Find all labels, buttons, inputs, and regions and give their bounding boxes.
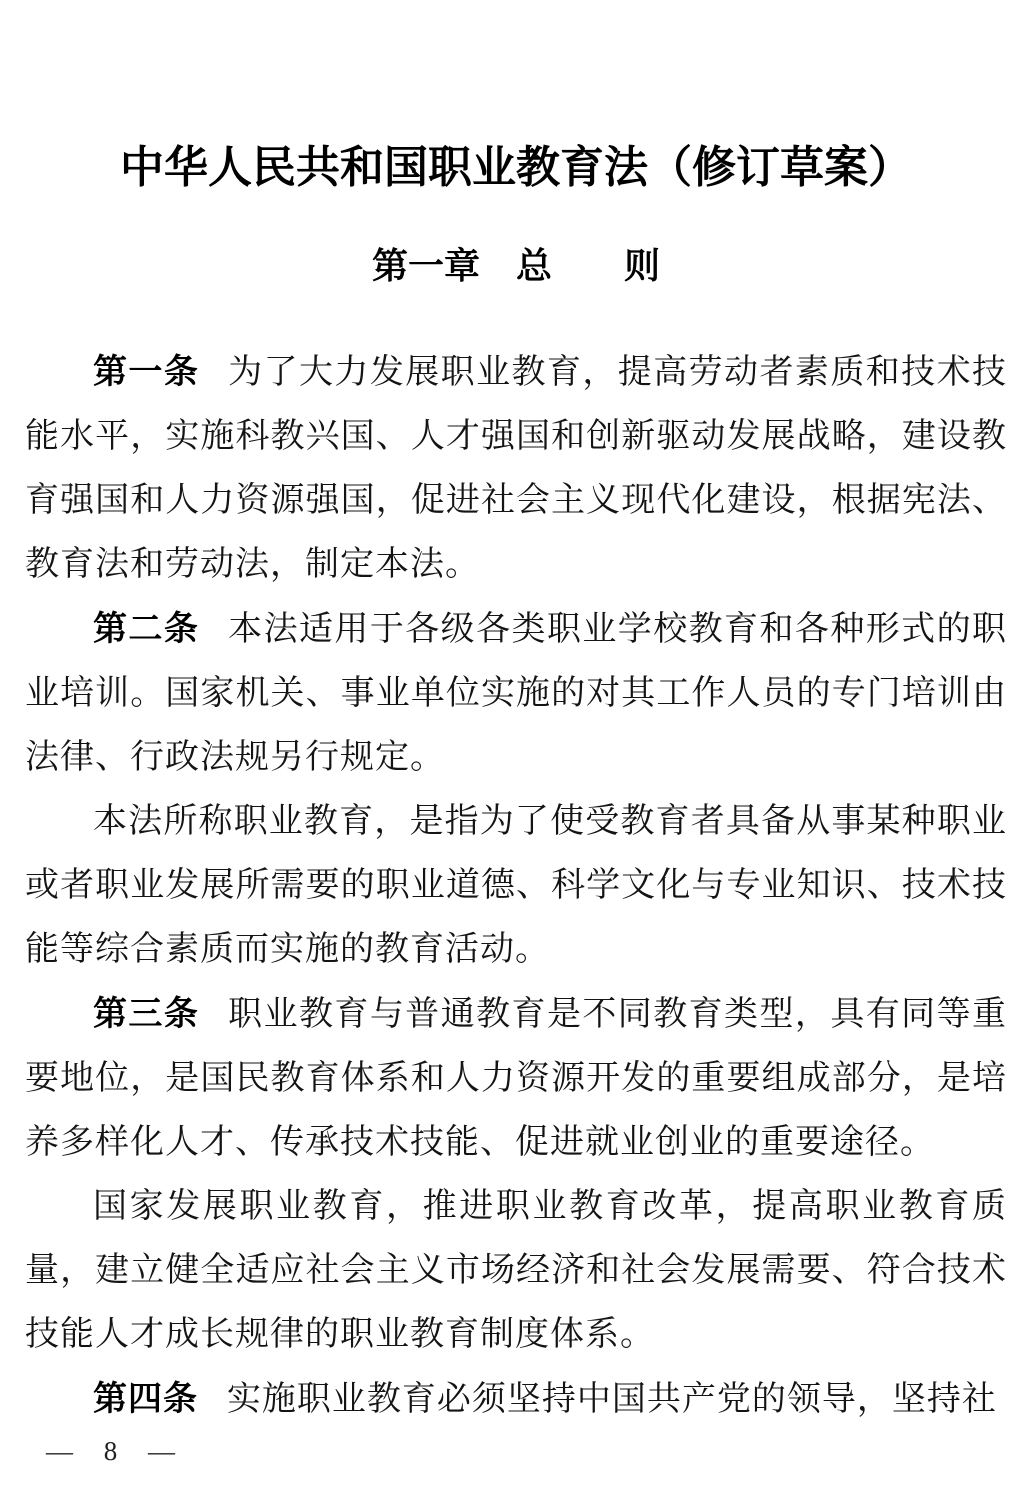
document-title: 中华人民共和国职业教育法（修订草案） (25, 140, 1007, 195)
article-text: 实施职业教育必须坚持中国共产党的领导，坚持社 (227, 1381, 997, 1418)
page-number: — 8 — (46, 1436, 187, 1467)
paragraph: 国家发展职业教育，推进职业教育改革，提高职业教育质量，建立健全适应社会主义市场经… (25, 1175, 1007, 1367)
paragraph: 第三条职业教育与普通教育是不同教育类型，具有同等重要地位，是国民教育体系和人力资… (25, 982, 1007, 1175)
paragraph: 本法所称职业教育，是指为了使受教育者具备从事某种职业或者职业发展所需要的职业道德… (25, 790, 1007, 982)
article-text: 国家发展职业教育，推进职业教育改革，提高职业教育质量，建立健全适应社会主义市场经… (25, 1188, 1007, 1353)
article-number: 第三条 (93, 995, 199, 1033)
article-text: 本法所称职业教育，是指为了使受教育者具备从事某种职业或者职业发展所需要的职业道德… (25, 803, 1007, 968)
paragraph: 第一条为了大力发展职业教育，提高劳动者素质和技术技能水平，实施科教兴国、人才强国… (25, 340, 1007, 597)
article-number: 第一条 (93, 353, 199, 391)
document-body: 第一条为了大力发展职业教育，提高劳动者素质和技术技能水平，实施科教兴国、人才强国… (25, 340, 1007, 1432)
document-page: 中华人民共和国职业教育法（修订草案） 第一章 总 则 第一条为了大力发展职业教育… (0, 0, 1014, 1500)
paragraph: 第二条本法适用于各级各类职业学校教育和各种形式的职业培训。国家机关、事业单位实施… (25, 597, 1007, 790)
article-number: 第二条 (93, 610, 199, 648)
paragraph: 第四条实施职业教育必须坚持中国共产党的领导，坚持社 (25, 1367, 1007, 1432)
chapter-heading: 第一章 总 则 (25, 243, 1007, 290)
article-number: 第四条 (93, 1380, 198, 1418)
